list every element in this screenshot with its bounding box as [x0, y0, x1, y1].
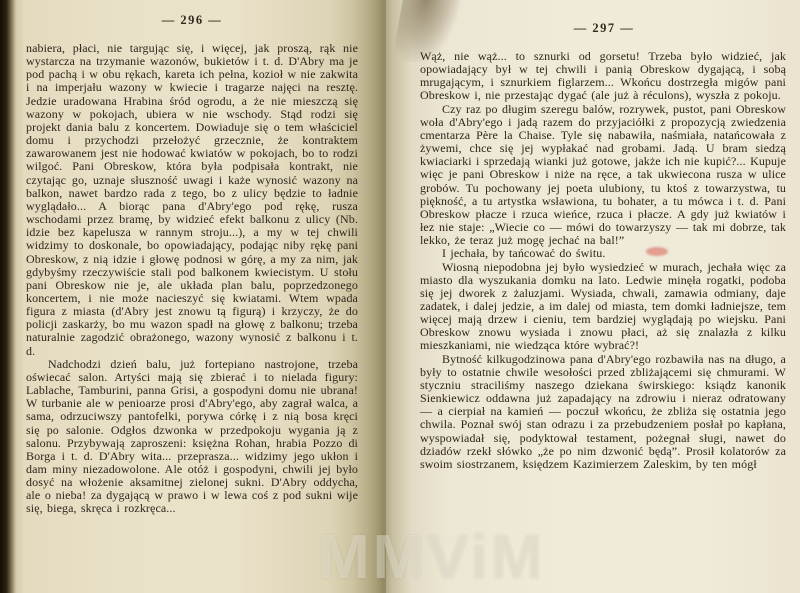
paragraph: Wiosną niepodobna jej było wysiedzieć w …: [420, 261, 786, 353]
right-page-number: — 297 —: [422, 21, 786, 36]
paragraph: Wąż, nie wąż... to sznurki od gorsetu! T…: [420, 50, 786, 103]
right-page-text: Wąż, nie wąż... to sznurki od gorsetu! T…: [420, 50, 786, 565]
book-scan: — 296 — — 297 — nabiera, płaci, nie targ…: [0, 0, 800, 593]
paragraph: Nadchodzi dzień balu, już fortepiano nas…: [26, 358, 358, 516]
left-page-text: nabiera, płaci, nie targując się, i więc…: [26, 42, 358, 557]
paragraph: Bytność kilkugodzinowa pana d'Abry'ego r…: [420, 353, 786, 471]
paragraph: nabiera, płaci, nie targując się, i więc…: [26, 42, 358, 358]
left-page-number: — 296 —: [28, 13, 356, 28]
paragraph: I jechała, by tańcować do świtu.: [420, 247, 786, 260]
red-stain: [646, 247, 668, 256]
book-edge-shadow: [0, 0, 16, 593]
paragraph: Czy raz po długim szeregu balów, rozrywe…: [420, 103, 786, 248]
